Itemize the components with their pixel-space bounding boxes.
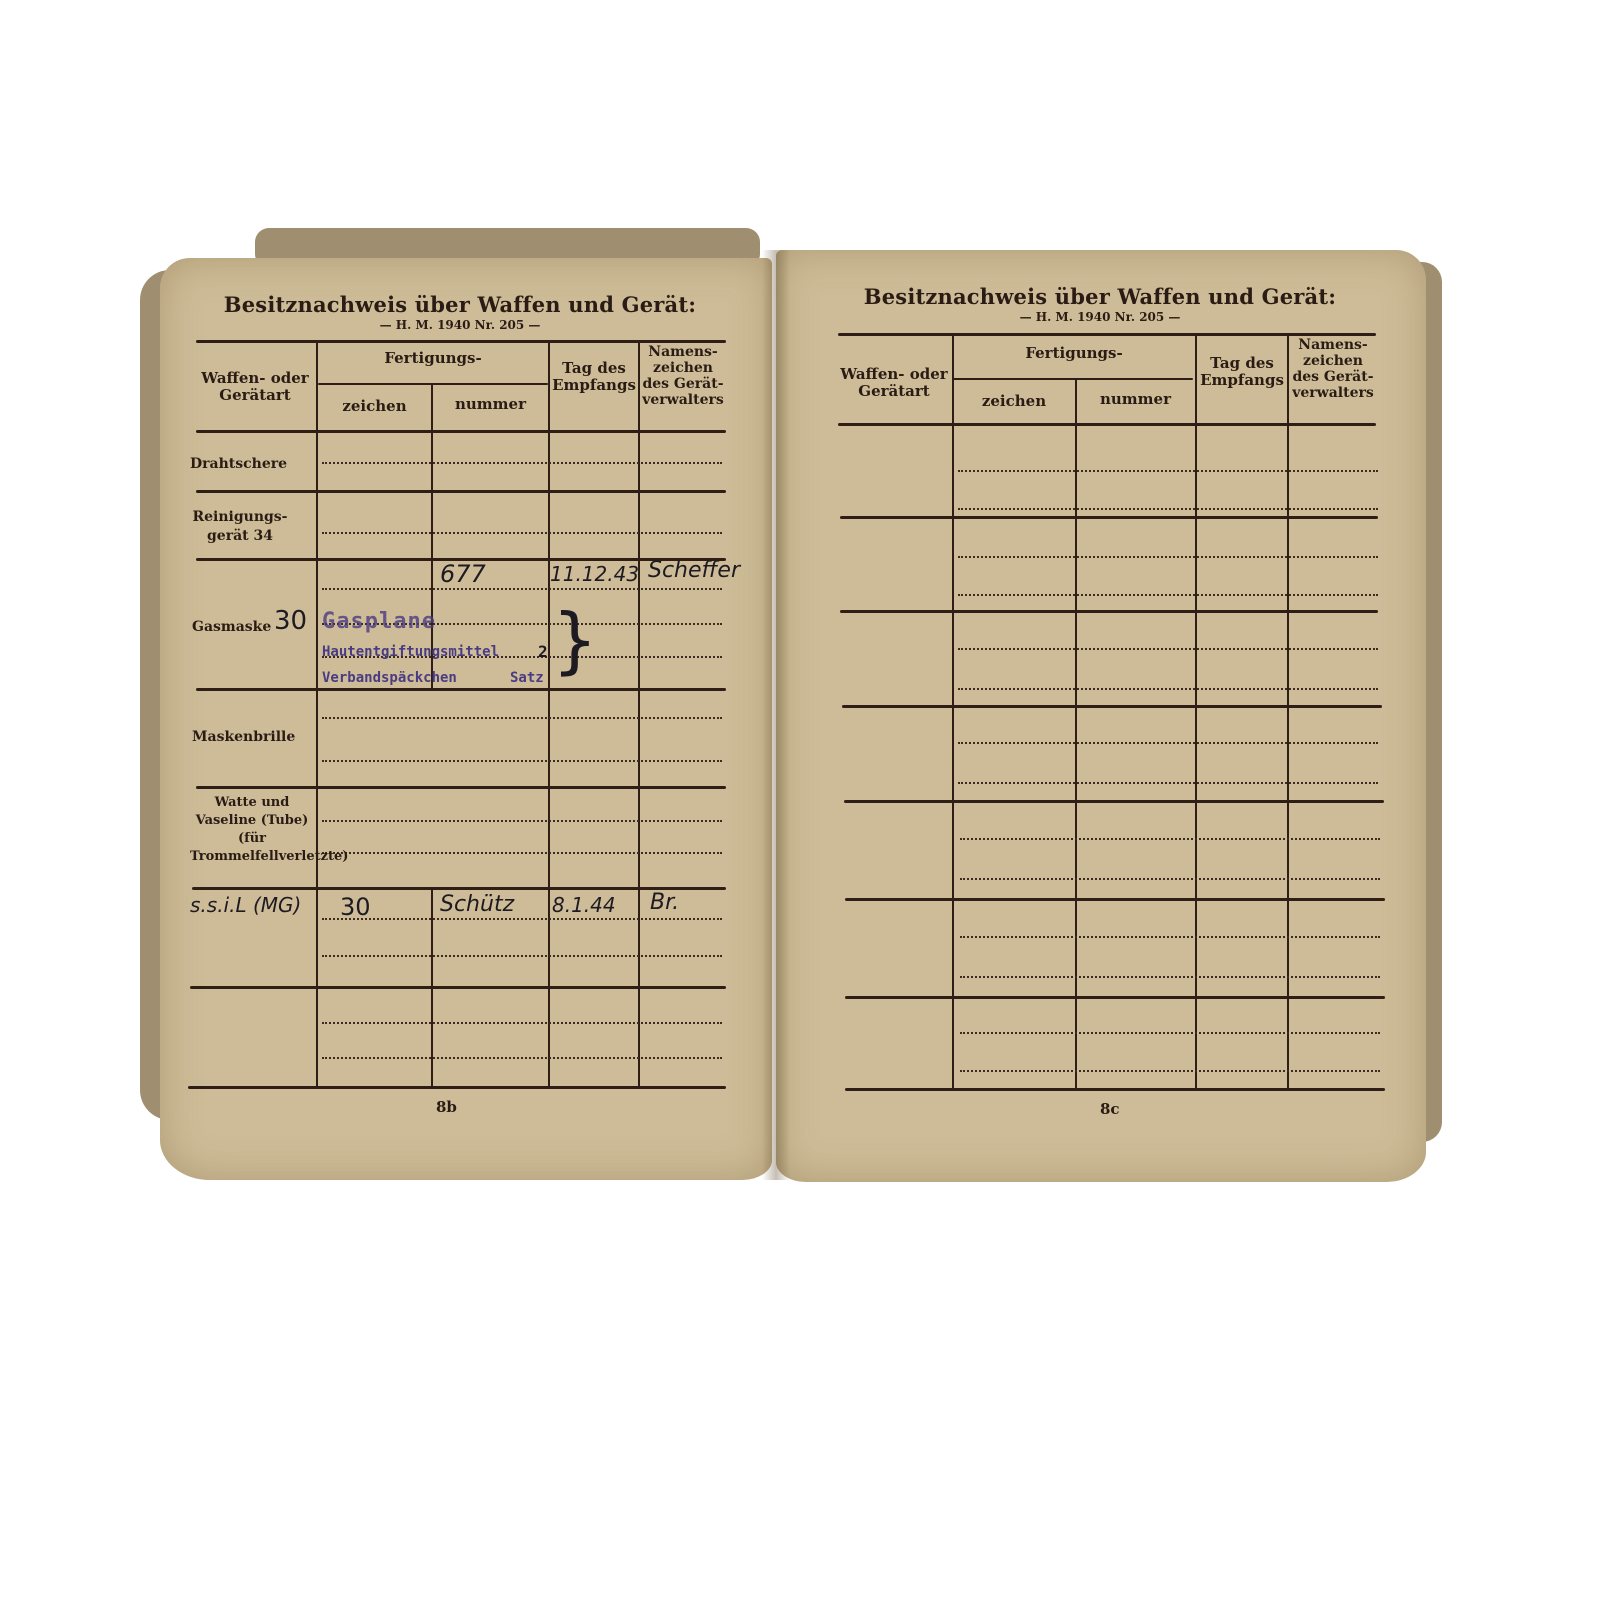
stamp-verbandspaeckchen: Verbandspäckchen — [322, 670, 457, 686]
entry-mg-date: 8.1.44 — [552, 893, 616, 917]
entry-gasmaske-signature: Scheffer — [648, 558, 740, 583]
left-page-subtitle: — H. M. 1940 Nr. 205 — — [200, 318, 720, 332]
right-header-item-type: Waffen- oder Gerätart — [838, 366, 950, 400]
left-page-title: Besitznachweis über Waffen und Gerät: — [200, 292, 720, 317]
book-gutter — [762, 250, 790, 1180]
right-header-nummer: nummer — [1077, 391, 1194, 408]
gasmaske-number: 30 — [274, 606, 307, 636]
header-item-type: Waffen- oder Gerätart — [196, 370, 314, 404]
entry-mg-signature: Br. — [650, 890, 679, 915]
stamp-gasplane: Gasplane — [322, 609, 436, 634]
right-page-title: Besitznachweis über Waffen und Gerät: — [840, 284, 1360, 309]
brace-mark: } — [552, 600, 598, 680]
header-nummer: nummer — [433, 396, 548, 413]
header-date-received: Tag des Empfangs — [550, 360, 638, 394]
right-header-date-received: Tag des Empfangs — [1197, 355, 1287, 389]
entry-mg-nummer: Schütz — [440, 892, 514, 917]
header-manager-signature: Namens- zeichen des Gerät- verwalters — [640, 344, 726, 408]
right-header-fertigungs: Fertigungs- — [954, 345, 1194, 362]
row-label-reinigungsgeraet: Reinigungs- gerät 34 — [190, 508, 290, 546]
left-page-number: 8b — [436, 1098, 457, 1116]
entry-mg-zeichen: 30 — [340, 893, 371, 921]
right-header-manager-signature: Namens- zeichen des Gerät- verwalters — [1289, 337, 1377, 401]
stamp-qty-2: 2 — [538, 642, 548, 661]
row-label-watte-vaseline: Watte und Vaseline (Tube) (für Trommelfe… — [190, 794, 314, 866]
stamp-satz: Satz — [510, 670, 544, 686]
open-booklet: Besitznachweis über Waffen und Gerät: — … — [0, 0, 1600, 1600]
row-label-gasmaske: Gasmaske — [192, 618, 272, 637]
row-label-maskenbrille: Maskenbrille — [192, 728, 302, 747]
entry-mg-item: s.s.i.L (MG) — [190, 893, 301, 917]
right-page-subtitle: — H. M. 1940 Nr. 205 — — [840, 310, 1360, 324]
header-zeichen: zeichen — [318, 398, 431, 415]
right-header-zeichen: zeichen — [954, 393, 1074, 410]
row-label-drahtschere: Drahtschere — [190, 455, 300, 474]
entry-gasmaske-nummer: 677 — [440, 560, 486, 588]
stamp-hautentgiftungsmittel: Hautentgiftungsmittel — [322, 644, 499, 660]
header-fertigungs: Fertigungs- — [318, 350, 548, 367]
right-page-number: 8c — [1100, 1100, 1120, 1118]
entry-gasmaske-date: 11.12.43 — [550, 562, 639, 586]
